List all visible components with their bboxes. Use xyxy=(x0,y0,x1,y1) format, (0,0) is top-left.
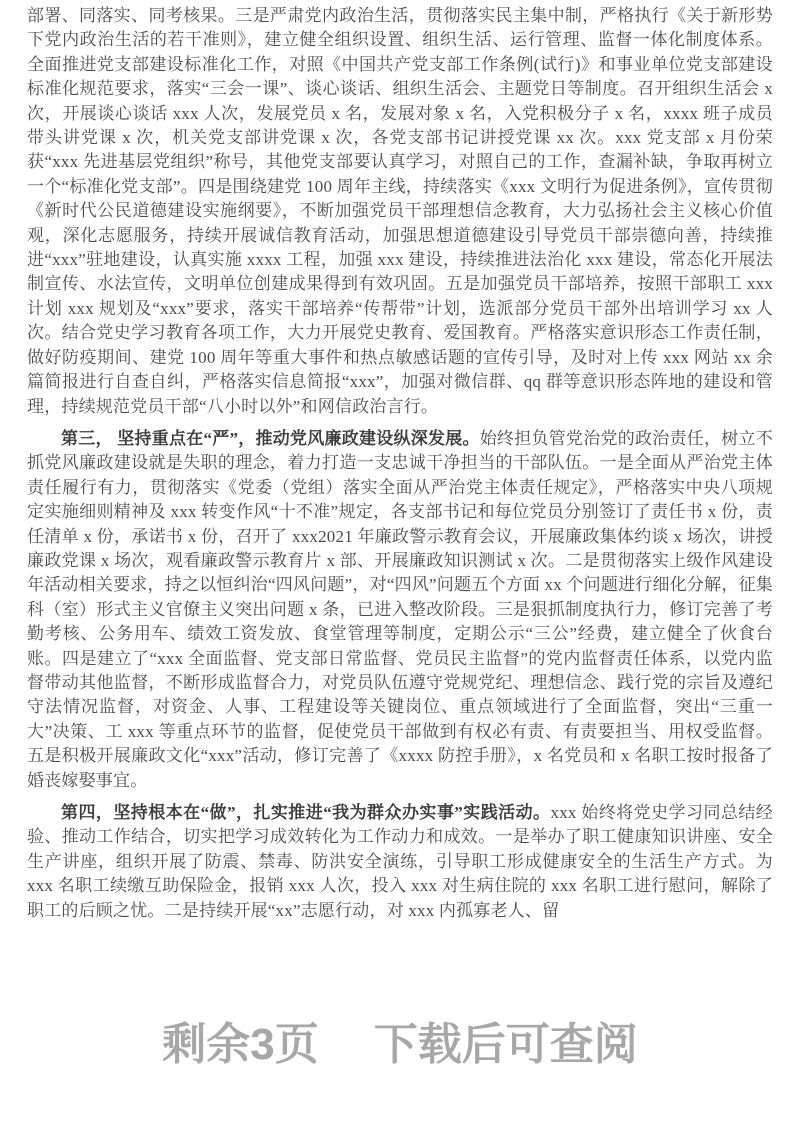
paragraph-fourth-lead: 第四，坚持根本在“做”，扎实推进“我为群众办实事”实践活动。 xyxy=(61,803,551,822)
paragraph-third-body: 始终担负管党治党的政治责任，树立不抓党风廉政建设就是失职的理念，着力打造一支忠诚… xyxy=(27,429,773,790)
remaining-pages-banner: 剩余3页下载后可查阅 xyxy=(0,1015,800,1075)
remaining-pages-label: 剩余3页 xyxy=(162,1020,318,1069)
document-body: 部署、同落实、同考核果。三是严肃党内政治生活，贯彻落实民主集中制，严格执行《关于… xyxy=(27,4,773,923)
paragraph-third-point: 第三， 坚持重点在“严”，推动党风廉政建设纵深发展。始终担负管党治党的政治责任，… xyxy=(27,427,773,793)
paragraph-fourth-point: 第四，坚持根本在“做”，扎实推进“我为群众办实事”实践活动。xxx 始终将党史学… xyxy=(27,801,773,923)
download-hint-label: 下载后可查阅 xyxy=(374,1020,638,1069)
paragraph-third-lead: 第三， 坚持重点在“严”，推动党风廉政建设纵深发展。 xyxy=(61,429,480,448)
document-page: 部署、同落实、同考核果。三是严肃党内政治生活，贯彻落实民主集中制，严格执行《关于… xyxy=(0,0,800,1130)
paragraph-continuation: 部署、同落实、同考核果。三是严肃党内政治生活，贯彻落实民主集中制，严格执行《关于… xyxy=(27,4,773,419)
